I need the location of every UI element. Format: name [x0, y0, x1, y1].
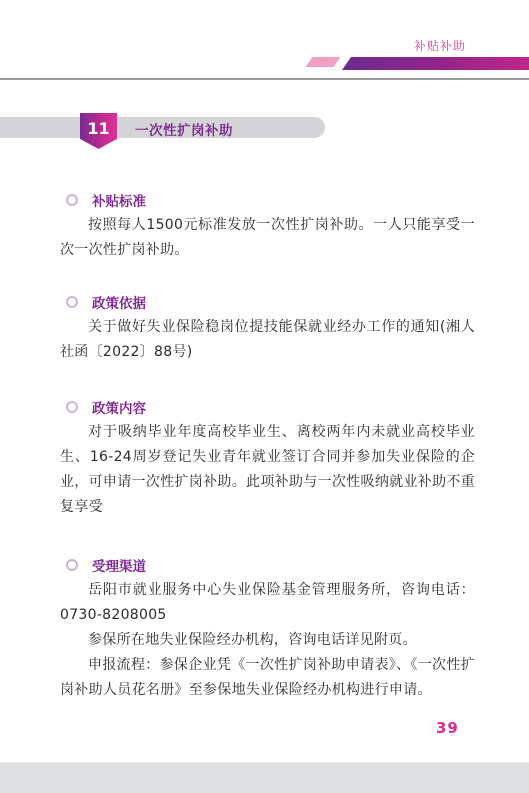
paragraph-local-agency: 参保所在地失业保险经办机构，咨询电话详见附页。: [60, 628, 475, 653]
running-header-title: 补贴补助: [400, 37, 480, 54]
subsection-heading-text: 政策依据: [92, 292, 146, 312]
subsection-subsidy-standard: 补贴标准 按照每人1500元标准发放一次性扩岗补助。一人只能享受一次一次性扩岗补…: [60, 190, 475, 263]
paragraph: 关于做好失业保险稳岗位提技能保就业经办工作的通知(湘人社函〔2022〕88号): [60, 315, 475, 365]
paragraph-application-process: 申报流程：参保企业凭《一次性扩岗补助申请表》、《一次性扩岗补助人员花名册》至参保…: [60, 653, 475, 703]
paragraph-contact-center: 岳阳市就业服务中心失业保险基金管理服务所，咨询电话：0730-8208005: [60, 578, 475, 628]
subsection-heading: 政策内容: [60, 397, 475, 417]
circle-bullet-icon: [66, 194, 78, 206]
section-number-badge: 11: [80, 113, 117, 149]
subsection-heading-text: 补贴标准: [92, 190, 146, 210]
circle-bullet-icon: [66, 401, 78, 413]
header-gradient-bar: [342, 57, 529, 70]
section-title: 一次性扩岗补助: [135, 119, 233, 139]
subsection-heading: 受理渠道: [60, 555, 475, 575]
header-divider: [0, 78, 529, 80]
header-accent-stripe: [305, 57, 340, 67]
section-number: 11: [87, 119, 109, 138]
subsection-heading: 补贴标准: [60, 190, 475, 210]
subsection-policy-basis: 政策依据 关于做好失业保险稳岗位提技能保就业经办工作的通知(湘人社函〔2022〕…: [60, 292, 475, 365]
paragraph: 对于吸纳毕业年度高校毕业生、离校两年内未就业高校毕业生、16-24周岁登记失业青…: [60, 420, 475, 520]
subsection-heading-text: 政策内容: [92, 397, 146, 417]
subsection-application-channels: 受理渠道 岳阳市就业服务中心失业保险基金管理服务所，咨询电话：0730-8208…: [60, 555, 475, 703]
paragraph: 按照每人1500元标准发放一次性扩岗补助。一人只能享受一次一次性扩岗补助。: [60, 213, 475, 263]
footer-band: [0, 762, 529, 793]
circle-bullet-icon: [66, 559, 78, 571]
circle-bullet-icon: [66, 296, 78, 308]
subsection-heading-text: 受理渠道: [92, 555, 146, 575]
page-number: 39: [436, 719, 459, 737]
subsection-heading: 政策依据: [60, 292, 475, 312]
subsection-policy-content: 政策内容 对于吸纳毕业年度高校毕业生、离校两年内未就业高校毕业生、16-24周岁…: [60, 397, 475, 520]
